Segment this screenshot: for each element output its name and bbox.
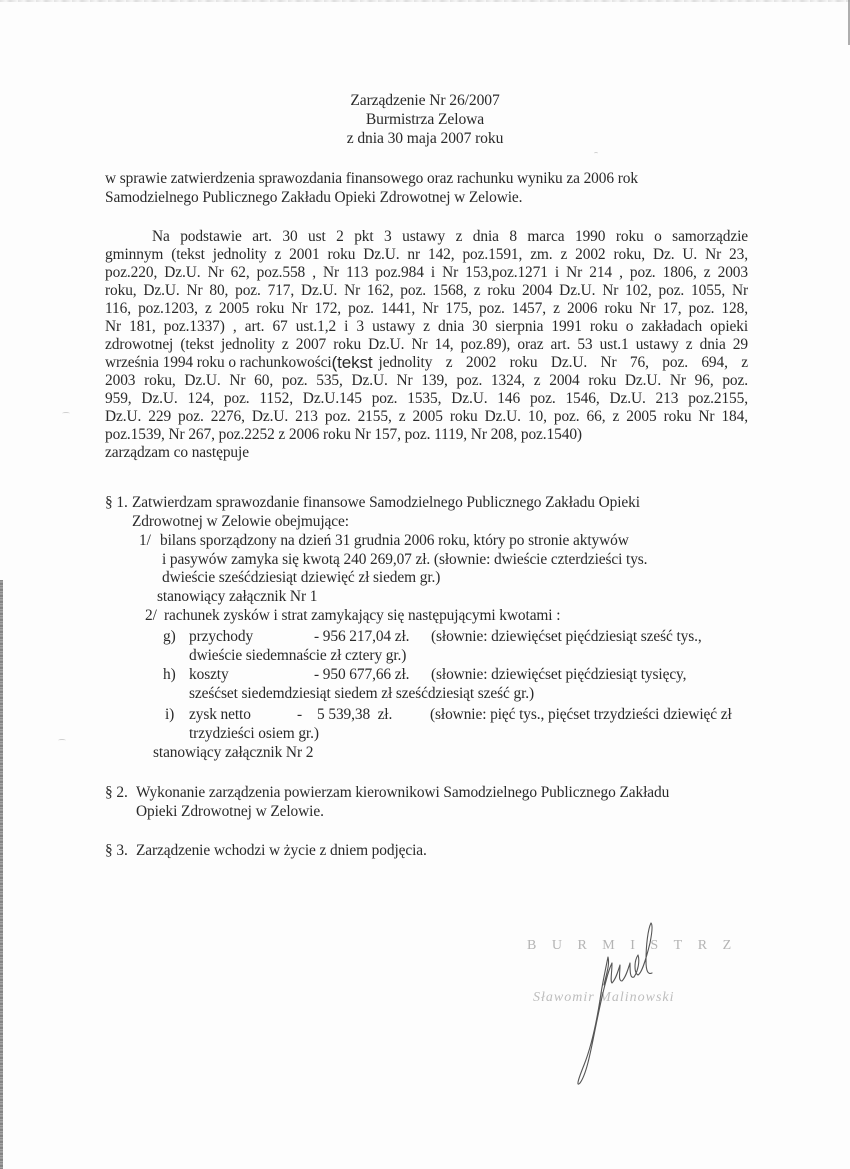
document-issuer: Burmistrza Zelowa — [0, 111, 850, 129]
handwritten-signature-icon — [560, 915, 670, 1090]
item-1-attachment: stanowiący załącznik Nr 1 — [157, 588, 317, 606]
section-1-marker: § 1. — [105, 494, 128, 512]
item-1-marker: 1/ — [139, 532, 151, 550]
scan-left-edge-artifact — [0, 580, 3, 1169]
entry-costs-words-2: sześćset siedemdziesiąt siedem zł sześćd… — [189, 685, 534, 703]
preamble-line: 2003 roku, Dz.U. Nr 60, poz. 535, Dz.U. … — [105, 372, 748, 390]
entry-revenue-marker: g) — [163, 628, 176, 646]
entry-costs-amount: - 950 677,66 zł. — [314, 666, 409, 684]
preamble-line: Na podstawie art. 30 ust 2 pkt 3 ustawy … — [152, 228, 748, 246]
entry-costs-label: koszty — [189, 666, 229, 684]
section-2-line-1: Wykonanie zarządzenia powierzam kierowni… — [136, 784, 669, 802]
item-2-line-1: rachunek zysków i strat zamykający się n… — [164, 607, 560, 625]
preamble-line: 959, Dz.U. 124, poz. 1152, Dz.U.145 poz.… — [105, 390, 748, 408]
section-1-line-2: Zdrowotnej w Zelowie obejmujące: — [132, 513, 349, 531]
scan-speck — [594, 152, 598, 155]
preamble-segment: jednolity z 2002 roku Dz.U. Nr 76, poz. … — [373, 354, 748, 372]
preamble-line: poz.220, Dz.U. Nr 62, poz.558 , Nr 113 p… — [105, 264, 748, 282]
entry-costs-words-1: (słownie: dziewięćset pięćdziesiąt tysię… — [431, 666, 686, 684]
preamble-line: gminnym (tekst jednolity z 2001 roku Dz.… — [105, 246, 748, 264]
preamble-line: poz.1539, Nr 267, poz.2252 z 2006 roku N… — [105, 426, 582, 444]
entry-costs-marker: h) — [163, 666, 176, 684]
entry-revenue-label: przychody — [189, 628, 253, 646]
item-1-line-2: i pasywów zamyka się kwotą 240 269,07 zł… — [162, 551, 647, 569]
entry-net-profit-marker: i) — [165, 706, 174, 724]
scan-speck — [62, 412, 70, 415]
document-date: z dnia 30 maja 2007 roku — [0, 130, 850, 148]
section-2-line-2: Opieki Zdrowotnej w Zelowie. — [136, 803, 324, 821]
subject-line-1: w sprawie zatwierdzenia sprawozdania fin… — [105, 170, 638, 188]
item-2-marker: 2/ — [145, 607, 157, 625]
entry-net-profit-label: zysk netto — [189, 706, 251, 724]
preamble-segment: września 1994 roku o rachunkowości — [105, 354, 332, 372]
document-title: Zarządzenie Nr 26/2007 — [0, 92, 850, 110]
section-3-marker: § 3. — [105, 842, 128, 860]
preamble-line: Dz.U. 229 poz. 2276, Dz.U. 213 poz. 2155… — [105, 408, 748, 426]
preamble-line: 116, poz.1203, z 2005 roku Nr 172, poz. … — [105, 300, 748, 318]
preamble-segment-sans: (tekst — [332, 354, 373, 372]
preamble-line: Nr 181, poz.1337) , art. 67 ust.1,2 i 3 … — [105, 318, 748, 336]
preamble-line-mixed: września 1994 roku o rachunkowości (teks… — [105, 354, 748, 372]
section-2-marker: § 2. — [105, 784, 128, 802]
item-2-attachment: stanowiący załącznik Nr 2 — [153, 744, 313, 762]
item-1-line-1: bilans sporządzony na dzień 31 grudnia 2… — [160, 532, 629, 550]
scan-top-edge-artifact — [0, 0, 850, 2]
entry-net-profit-words-1: (słownie: pięć tys., pięćset trzydzieści… — [430, 706, 732, 724]
preamble-closing: zarządzam co następuje — [105, 444, 249, 462]
entry-net-profit-words-2: trzydzieści osiem gr.) — [189, 725, 319, 743]
entry-revenue-amount: - 956 217,04 zł. — [314, 628, 409, 646]
section-1-line-1: Zatwierdzam sprawozdanie finansowe Samod… — [132, 494, 640, 512]
scan-speck — [58, 739, 66, 742]
preamble-line: roku, Dz.U. Nr 80, poz. 717, Dz.U. Nr 16… — [105, 282, 748, 300]
entry-revenue-words-2: dwieście siedemnaście zł cztery gr.) — [189, 647, 406, 665]
section-3-line-1: Zarządzenie wchodzi w życie z dniem podj… — [136, 842, 427, 860]
preamble-line: zdrowotnej (tekst jednolity z 2007 roku … — [105, 336, 748, 354]
entry-revenue-words-1: (słownie: dziewięćset pięćdziesiąt sześć… — [431, 628, 702, 646]
scanned-document-page: Zarządzenie Nr 26/2007 Burmistrza Zelowa… — [0, 0, 850, 1169]
entry-net-profit-amount: - 5 539,38 zł. — [297, 706, 392, 724]
subject-line-2: Samodzielnego Publicznego Zakładu Opieki… — [105, 189, 522, 207]
item-1-line-3: dwieście sześćdziesiąt dziewięć zł siede… — [162, 569, 440, 587]
